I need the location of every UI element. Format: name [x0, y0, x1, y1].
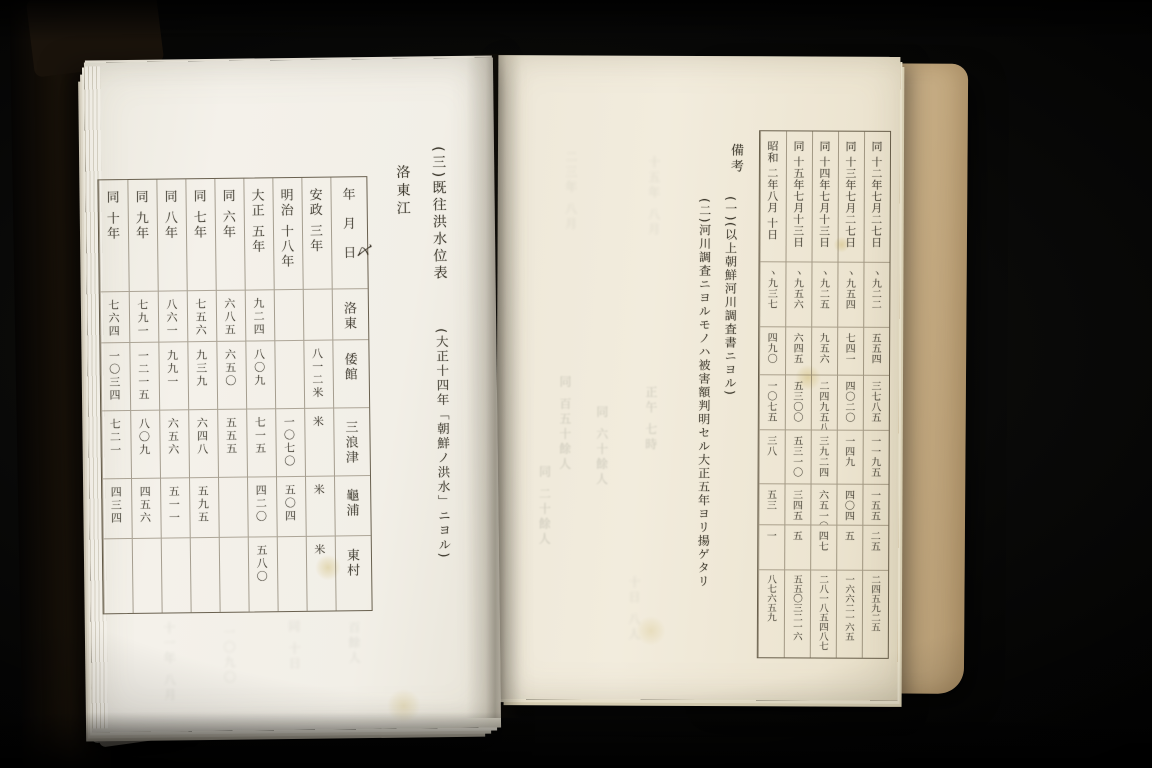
table-cell: 一一九五	[864, 430, 889, 484]
table-cell: 五三	[759, 483, 784, 524]
table-cell: ヽ九二二	[864, 262, 889, 327]
table-cell: 三七八五	[864, 375, 889, 430]
table-cell: 四三四	[103, 478, 132, 538]
table-cell: 五一一	[161, 477, 190, 537]
table-cell	[220, 537, 249, 612]
ghost-text: 十一年 八月	[161, 621, 179, 703]
ghost-text: 十日 八人	[626, 576, 643, 643]
table-cell: 六八五	[217, 290, 246, 341]
photo-stage: 二三年 八月 十五年 八月 正午 七時 同 六十餘人 同 百五十餘人 同 二十餘…	[0, 0, 1152, 768]
stain	[387, 688, 421, 722]
table-cell	[275, 289, 304, 340]
ghost-text: 二三年 八月	[563, 150, 580, 232]
table-cell: 二四五九二五	[863, 570, 888, 658]
table-cell: 五五〇三二一六	[785, 569, 810, 657]
table-cell: 七二一	[102, 410, 131, 478]
table-cell: 八〇九	[246, 340, 275, 408]
table-cell: 七五六	[188, 290, 217, 341]
table-cell: 一〇三四	[101, 342, 130, 410]
table-column: 昭和 二年八月 十日 ヽ九三七四九〇一〇七五三八五三一八七六五九	[758, 131, 786, 657]
table-cell: 三四五	[785, 483, 810, 524]
date-cell: 同 十五年七月十三日	[787, 131, 813, 261]
table-cell: 五五四	[864, 327, 889, 375]
stain	[636, 616, 666, 646]
table-cell: 洛東	[333, 288, 369, 339]
table-cell: 七四一	[838, 327, 863, 375]
table-cell: 四九〇	[760, 326, 785, 374]
table-cell	[104, 538, 133, 613]
table-cell: 八七六五九	[759, 569, 784, 657]
table-cell: 倭館	[333, 339, 369, 407]
table-cell: 五三一〇	[786, 429, 811, 483]
table-cell: 六四五	[786, 326, 811, 374]
table-cell	[278, 536, 307, 611]
table-cell: 五八〇	[249, 536, 278, 611]
ghost-text: 同 二十餘人	[536, 465, 553, 547]
table-cell: 一	[759, 524, 784, 569]
table-cell: 四五六	[132, 478, 161, 538]
table-cell: ヽ九五四	[838, 262, 863, 327]
section-title: (三)既往洪水位表	[428, 146, 450, 282]
note-2: (二)河川調査ニヨルモノハ被害額判明セル大正五年ヨリ揚ゲタリ	[695, 198, 714, 588]
station-header-column: 年 月 日 洛東倭館三浪津龜浦東村	[330, 177, 371, 610]
table-cell: 二八一八五四八七	[811, 569, 836, 657]
year-cell: 大正 五年	[244, 178, 273, 289]
table-cell: ヽ九三七	[760, 261, 785, 326]
table-cell: 三九二四	[812, 429, 837, 483]
table-cell: 一六六二一六五	[837, 570, 862, 658]
table-cell: 一二一五	[130, 342, 159, 410]
ghost-text: 百餘人	[346, 621, 364, 666]
note-1: (一)(以上朝鮮河川調査書ニヨル)	[722, 196, 740, 396]
table-cell	[191, 537, 220, 612]
table-cell: 三浪津	[334, 407, 370, 475]
ghost-text: 同 六十餘人	[594, 406, 611, 488]
table-cell: 八〇九	[131, 410, 160, 478]
year-cell: 同 十年	[99, 180, 128, 291]
table-cell: 四二〇	[248, 476, 277, 536]
ghost-text: 十五年 八月	[646, 156, 663, 238]
flood-damage-table: 同 十二年七月二七日 ヽ九二二五五四三七八五一一九五一五五二五二四五九二五 同 …	[757, 130, 891, 659]
table-column: 同 十四年七月十三日 ヽ九二五九五六二四九五八三九二四六五一〇四七二八一八五四八…	[810, 131, 838, 657]
table-cell: 五	[785, 524, 810, 569]
table-cell: 東村	[336, 535, 372, 610]
table-cell: 五九五	[190, 477, 219, 537]
ghost-text: 正午 七時	[643, 386, 660, 453]
ghost-text: 一〇九〇	[221, 626, 239, 686]
flood-level-table: 年 月 日 洛東倭館三浪津龜浦東村 安政 三年 八一二米米米米 明治 十八年 一…	[97, 176, 372, 614]
table-cell: 八六一	[159, 290, 188, 341]
table-cell: 九三九	[188, 341, 217, 409]
table-cell: 七六四	[101, 291, 130, 342]
year-cell: 同 七年	[186, 179, 215, 290]
year-cell: 明治 十八年	[273, 178, 302, 289]
table-cell: 六五一〇	[811, 483, 836, 524]
table-cell: 六四八	[189, 409, 218, 477]
table-cell: 四七	[811, 524, 836, 569]
year-cell: 同 六年	[215, 179, 244, 290]
table-cell: ヽ九二五	[812, 261, 837, 326]
date-cell: 昭和 二年八月 十日	[761, 131, 787, 261]
table-cell: 七一五	[247, 408, 276, 476]
table-cell: 五〇四	[277, 476, 306, 536]
table-cell: 九二四	[246, 289, 275, 340]
table-cell: 九九一	[159, 341, 188, 409]
table-cell: 五三〇〇	[786, 374, 811, 429]
table-cell: 七九一	[130, 291, 159, 342]
section-source: (大正十四年「朝鮮ノ洪水」ニヨル)	[432, 328, 453, 559]
table-cell: 四〇二〇	[838, 375, 863, 430]
ghost-text: 同 十日	[286, 620, 304, 672]
table-cell	[304, 289, 333, 340]
date-cell: 同 十二年七月二七日	[865, 132, 891, 262]
table-cell	[219, 477, 248, 537]
table-cell: 五五五	[218, 409, 247, 477]
table-cell: 八一二米	[304, 340, 333, 408]
table-cell: 九五六	[812, 326, 837, 374]
river-name: 洛東江	[392, 165, 413, 219]
table-column: 同 十二年七月二七日 ヽ九二二五五四三七八五一一九五一五五二五二四五九二五	[862, 132, 890, 658]
date-cell: 同 十三年七月二七日	[839, 132, 865, 262]
table-cell: 六五〇	[217, 341, 246, 409]
left-page: 十一年 八月 一〇九〇 同 十日 百餘人 (三)既往洪水位表 (大正十四年「朝鮮…	[84, 58, 501, 733]
table-cell: 米	[305, 408, 334, 476]
table-cell	[162, 537, 191, 612]
table-cell: 三八	[760, 429, 785, 483]
table-cell: 米	[307, 535, 336, 610]
table-cell: ヽ九五六	[786, 261, 811, 326]
table-cell: 一〇七〇	[276, 408, 305, 476]
table-cell: 一四九	[838, 430, 863, 484]
table-cell: 二五	[863, 525, 888, 570]
year-cell: 同 九年	[128, 180, 157, 291]
table-cell: 龜浦	[335, 475, 371, 535]
table-cell: 一〇七五	[760, 374, 785, 429]
table-column: 同 十三年七月二七日 ヽ九五四七四一四〇二〇一四九四〇四五一六六二一六五	[836, 132, 864, 658]
table-cell	[133, 538, 162, 613]
right-page: 二三年 八月 十五年 八月 正午 七時 同 六十餘人 同 百五十餘人 同 二十餘…	[496, 55, 901, 701]
table-cell: 二四九五八	[812, 374, 837, 429]
table-cell: 五	[837, 525, 862, 570]
table-cell: 米	[306, 475, 335, 535]
table-cell	[275, 340, 304, 408]
table-cell: 一五五	[863, 484, 888, 525]
date-header-cell: 年 月 日	[331, 177, 367, 288]
year-cell: 同 八年	[157, 179, 186, 290]
date-cell: 同 十四年七月十三日	[813, 131, 839, 261]
table-column: 同 十五年七月十三日 ヽ九五六六四五五三〇〇五三一〇三四五五五五〇三二一六	[784, 131, 812, 657]
table-cell: 六五六	[160, 409, 189, 477]
ghost-text: 同 百五十餘人	[557, 375, 574, 472]
year-cell: 安政 三年	[302, 178, 331, 289]
notes-heading: 備考	[726, 143, 745, 175]
table-cell: 四〇四	[837, 484, 862, 525]
